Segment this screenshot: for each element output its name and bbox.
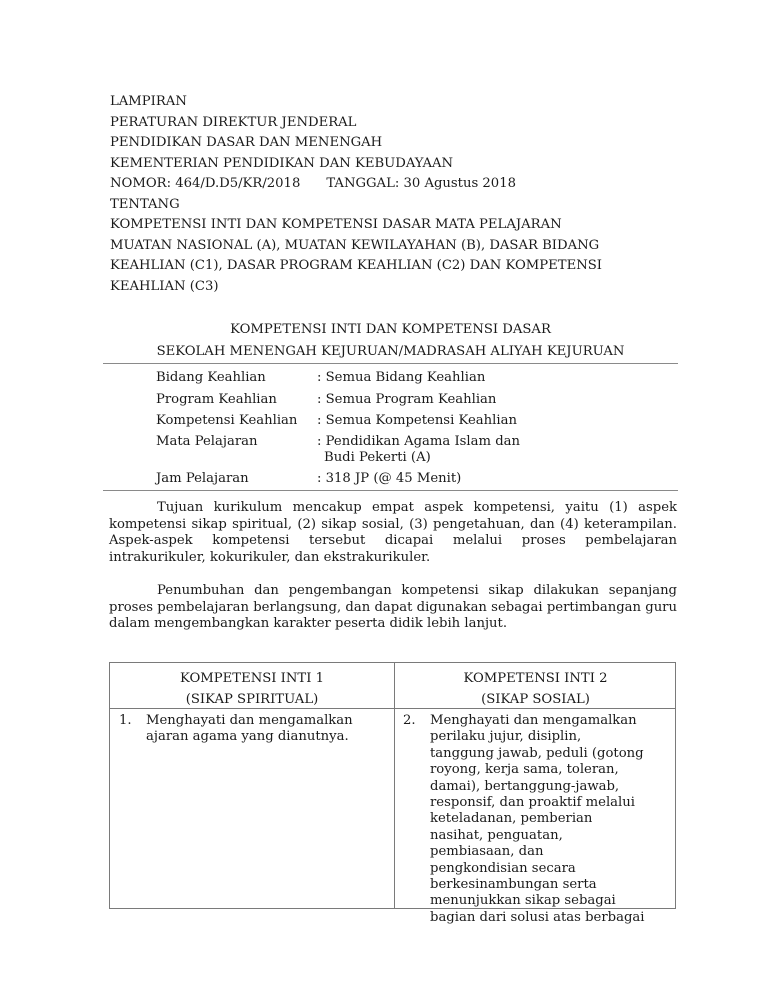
text-line: Menghayati dan mengamalkan	[146, 713, 353, 729]
column-header-ki2: KOMPETENSI INTI 2 (SIKAP SOSIAL)	[395, 669, 676, 710]
info-value: : Pendidikan Agama Islam dan	[317, 434, 520, 449]
text-line: pengkondisian secara	[430, 861, 644, 877]
nomor: NOMOR: 464/D.D5/KR/2018	[110, 176, 300, 191]
item-text: Menghayati dan mengamalkan ajaran agama …	[146, 713, 353, 746]
header-line: LAMPIRAN	[110, 92, 670, 113]
info-value-continued: Budi Pekerti (A)	[324, 450, 431, 465]
bottom-rule	[103, 490, 678, 491]
text-line: responsif, dan proaktif melalui	[430, 795, 644, 811]
item-number: 1.	[119, 713, 132, 729]
text-line: berkesinambungan serta	[430, 877, 644, 893]
section-title-line-1: KOMPETENSI INTI DAN KOMPETENSI DASAR	[103, 322, 678, 337]
nomor-tanggal-line: NOMOR: 464/D.D5/KR/2018TANGGAL: 30 Agust…	[110, 174, 670, 195]
column-header-ki1: KOMPETENSI INTI 1 (SIKAP SPIRITUAL)	[110, 669, 394, 710]
text-line: tanggung jawab, peduli (gotong	[430, 746, 644, 762]
subject-line: KEAHLIAN (C1), DASAR PROGRAM KEAHLIAN (C…	[110, 256, 670, 277]
column-subtitle: (SIKAP SPIRITUAL)	[110, 690, 394, 711]
item-number: 2.	[403, 713, 416, 729]
subject-line: KOMPETENSI INTI DAN KOMPETENSI DASAR MAT…	[110, 215, 670, 236]
text-line: menunjukkan sikap sebagai	[430, 893, 644, 909]
kompetensi-inti-table: KOMPETENSI INTI 1 (SIKAP SPIRITUAL) KOMP…	[109, 662, 676, 909]
header-line: PERATURAN DIREKTUR JENDERAL	[110, 113, 670, 134]
text-line: ajaran agama yang dianutnya.	[146, 729, 353, 745]
text-line: bagian dari solusi atas berbagai	[430, 910, 644, 926]
info-label: Bidang Keahlian	[156, 370, 266, 385]
text-line: royong, kerja sama, toleran,	[430, 762, 644, 778]
text-line: damai), bertanggung-jawab,	[430, 779, 644, 795]
info-value: : Semua Program Keahlian	[317, 392, 496, 407]
text-line: nasihat, penguatan,	[430, 828, 644, 844]
item-text: Menghayati dan mengamalkan perilaku juju…	[430, 713, 644, 926]
text-line: pembiasaan, dan	[430, 844, 644, 860]
header-line: KEMENTERIAN PENDIDIKAN DAN KEBUDAYAAN	[110, 154, 670, 175]
text-line: keteladanan, pemberian	[430, 811, 644, 827]
column-subtitle: (SIKAP SOSIAL)	[395, 690, 676, 711]
subject-line: MUATAN NASIONAL (A), MUATAN KEWILAYAHAN …	[110, 236, 670, 257]
info-label: Mata Pelajaran	[156, 434, 258, 449]
lampiran-header: LAMPIRAN PERATURAN DIREKTUR JENDERAL PEN…	[110, 92, 670, 297]
tanggal: TANGGAL: 30 Agustus 2018	[326, 174, 516, 195]
text-line: perilaku jujur, disiplin,	[430, 729, 644, 745]
top-rule	[103, 363, 678, 364]
info-label: Kompetensi Keahlian	[156, 413, 297, 428]
column-title: KOMPETENSI INTI 2	[395, 669, 676, 690]
subject-line: KEAHLIAN (C3)	[110, 277, 670, 298]
paragraph-penumbuhan: Penumbuhan dan pengembangan kompetensi s…	[109, 583, 677, 633]
column-title: KOMPETENSI INTI 1	[110, 669, 394, 690]
info-value: : 318 JP (@ 45 Menit)	[317, 471, 461, 486]
paragraph-tujuan: Tujuan kurikulum mencakup empat aspek ko…	[109, 500, 677, 566]
section-title-line-2: SEKOLAH MENENGAH KEJURUAN/MADRASAH ALIYA…	[103, 344, 678, 359]
text-line: Menghayati dan mengamalkan	[430, 713, 644, 729]
document-page: LAMPIRAN PERATURAN DIREKTUR JENDERAL PEN…	[0, 0, 768, 994]
info-value: : Semua Kompetensi Keahlian	[317, 413, 517, 428]
subject-title: KOMPETENSI INTI DAN KOMPETENSI DASAR MAT…	[110, 215, 670, 297]
info-label: Program Keahlian	[156, 392, 277, 407]
info-label: Jam Pelajaran	[156, 471, 249, 486]
tentang-label: TENTANG	[110, 195, 670, 216]
info-value: : Semua Bidang Keahlian	[317, 370, 485, 385]
header-line: PENDIDIKAN DASAR DAN MENENGAH	[110, 133, 670, 154]
